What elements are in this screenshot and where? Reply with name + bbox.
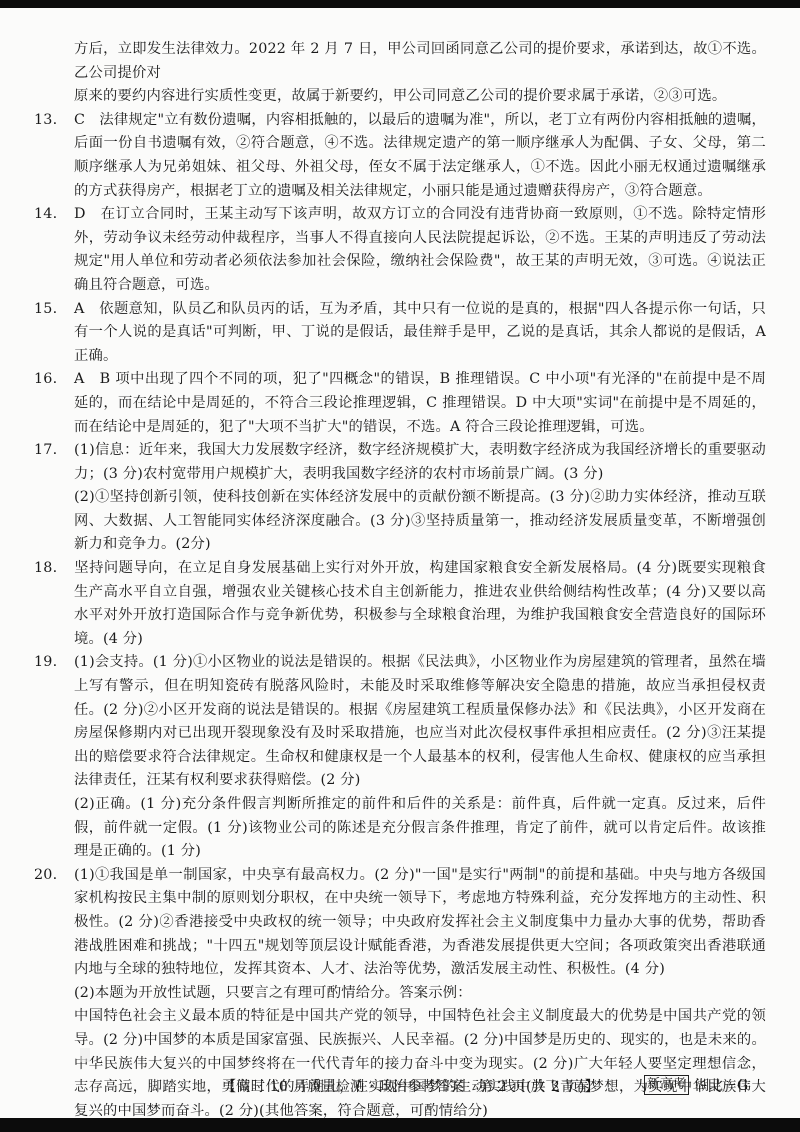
question-number: 13. [54, 109, 74, 133]
answer-choice: D [74, 206, 86, 222]
answer-17-part2: (2)①坚持创新引领，使科技创新在实体经济发展中的贡献份额不断提高。(3 分)②… [54, 486, 766, 557]
answer-explanation: 法律规定"立有数份遗嘱，内容相抵触的，以最后的遗嘱为准"，所以，老丁立有两份内容… [74, 112, 766, 199]
scan-smudge [80, 1048, 90, 1062]
answer-explanation: B 项中出现了四个不同的项，犯了"四概念"的错误，B 推理错误。C 中小项"有光… [74, 371, 766, 434]
answer-19-part2: (2)正确。(1 分)充分条件假言判断所推定的前件和后件的关系是：前件真，后件就… [54, 793, 766, 864]
question-number: 16. [54, 368, 74, 392]
answer-14: 14.D 在订立合同时，王某主动写下该声明，故双方订立的合同没有违背协商一致原则… [54, 203, 766, 297]
question-number: 19. [54, 651, 74, 675]
answer-20-part1: 20.(1)①我国是单一制国家，中央享有最高权力。(2 分)"一国"是实行"两制… [54, 864, 766, 982]
scan-border-bottom [0, 1118, 800, 1132]
question-number: 14. [54, 203, 74, 227]
question-number: 18. [54, 557, 74, 581]
answer-choice: A [74, 301, 85, 317]
answer-text: (1)信息：近年来，我国大力发展数字经济，数字经济规模扩大，表明数字经济成为我国… [74, 442, 766, 482]
answer-18: 18.坚持问题导向，在立足自身发展基础上实行对外开放，构建国家粮食安全新发展格局… [54, 557, 766, 651]
answer-17-part1: 17.(1)信息：近年来，我国大力发展数字经济，数字经济规模扩大，表明数字经济成… [54, 439, 766, 486]
answer-text: 坚持问题导向，在立足自身发展基础上实行对外开放，构建国家粮食安全新发展格局。(4… [74, 560, 766, 647]
exam-type-badge: 新高考 [644, 1075, 689, 1095]
footer-region: 新高考 湖北－G [644, 1075, 748, 1095]
answer-15: 15.A 依题意知，队员乙和队员丙的话，互为矛盾，其中只有一位说的是真的，根据"… [54, 298, 766, 369]
answer-16: 16.A B 项中出现了四个不同的项，犯了"四概念"的错误，B 推理错误。C 中… [54, 368, 766, 439]
continuation-line-2: 原来的要约内容进行实质性变更，故属于新要约，甲公司同意乙公司的提价要求属于承诺，… [54, 85, 766, 109]
answer-explanation: 在订立合同时，王某主动写下该声明，故双方订立的合同没有违背协商一致原则，①不选。… [74, 206, 766, 293]
footer-title: 【高三 10 月质量检测 · 政治参考答案 第 2 页(共 2 页)】 [222, 1076, 599, 1096]
scan-border-top [0, 0, 800, 8]
answer-text: (1)会支持。(1 分)①小区物业的说法是错误的。根据《民法典》，小区物业作为房… [74, 654, 766, 788]
answer-explanation: 依题意知，队员乙和队员丙的话，互为矛盾，其中只有一位说的是真的，根据"四人各提示… [74, 301, 766, 364]
question-number: 17. [54, 439, 74, 463]
answer-choice: A [74, 371, 85, 387]
question-number: 20. [54, 864, 74, 888]
answer-choice: C [74, 112, 85, 128]
answer-text: (1)①我国是单一制国家，中央享有最高权力。(2 分)"一国"是实行"两制"的前… [74, 867, 766, 977]
answer-19-part1: 19.(1)会支持。(1 分)①小区物业的说法是错误的。根据《民法典》，小区物业… [54, 651, 766, 793]
question-number: 15. [54, 298, 74, 322]
answer-key-body: 方后，立即发生法律效力。2022 年 2 月 7 日，甲公司回函同意乙公司的提价… [54, 38, 766, 1123]
answer-13: 13.C 法律规定"立有数份遗嘱，内容相抵触的，以最后的遗嘱为准"，所以，老丁立… [54, 109, 766, 203]
answer-20-part2-example: 中国特色社会主义最本质的特征是中国共产党的领导，中国特色社会主义制度最大的优势是… [54, 1005, 766, 1123]
continuation-line-1: 方后，立即发生法律效力。2022 年 2 月 7 日，甲公司回函同意乙公司的提价… [54, 38, 766, 85]
answer-20-part2-intro: (2)本题为开放性试题，只要言之有理可酌情给分。答案示例： [54, 982, 766, 1006]
region-code: 湖北－G [695, 1075, 748, 1095]
